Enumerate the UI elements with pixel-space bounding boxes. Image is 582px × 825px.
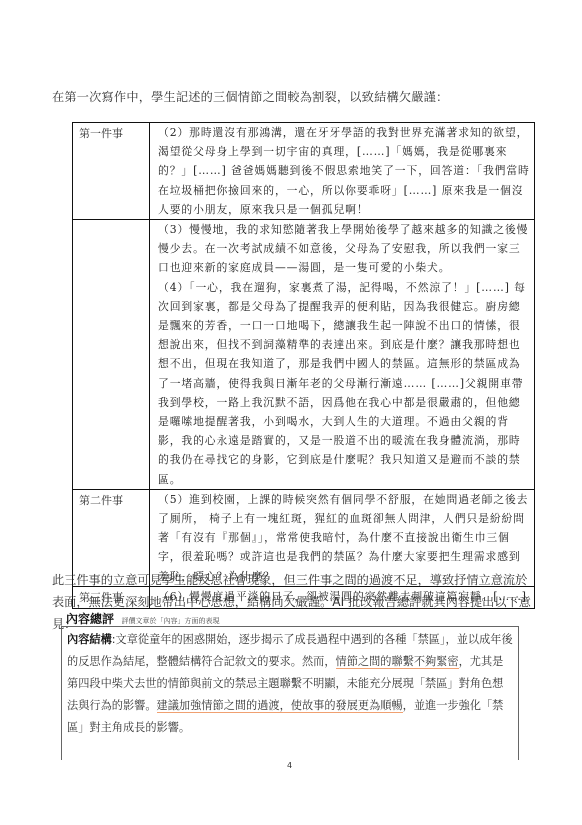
review-title: 內容總評 bbox=[66, 612, 114, 626]
page-number: 4 bbox=[287, 761, 292, 770]
excerpt-paragraph: （3）慢慢地，我的求知慾隨著我上學開始後學了越來越多的知識之後慢慢少去。在一次考… bbox=[158, 220, 530, 278]
highlighted-comment: 情節之間的聯繫不夠緊密 bbox=[336, 655, 459, 669]
events-table: 第一件事 （2）那時還沒有那鴻溝，還在牙牙學語的我對世界充滿著求知的欲望，渴望從… bbox=[72, 122, 535, 609]
event-excerpt: （3）慢慢地，我的求知慾隨著我上學開始後學了越來越多的知識之後慢慢少去。在一次考… bbox=[150, 220, 535, 490]
event-label: 第一件事 bbox=[73, 123, 150, 220]
highlighted-suggestion: 建議加強情節之間的過渡，使故事的發展更為順暢 bbox=[157, 699, 403, 713]
review-box: 內容結構:文章從童年的困惑開始，逐步揭示了成長過程中遇到的各種「禁區」，並以成年… bbox=[61, 626, 519, 760]
table-row: （3）慢慢地，我的求知慾隨著我上學開始後學了越來越多的知識之後慢慢少去。在一次考… bbox=[73, 220, 535, 490]
event-label bbox=[73, 220, 150, 490]
table-row: 第一件事 （2）那時還沒有那鴻溝，還在牙牙學語的我對世界充滿著求知的欲望，渴望從… bbox=[73, 123, 535, 220]
excerpt-paragraph: （4）「一心，我在遛狗，家裏煮了湯，記得喝，不然涼了！」[……] 每次回到家裏，… bbox=[158, 278, 530, 489]
review-subtitle: 評價文章於「內容」方面的表現 bbox=[122, 617, 220, 625]
event-excerpt: （2）那時還沒有那鴻溝，還在牙牙學語的我對世界充滿著求知的欲望，渴望從父母身上學… bbox=[150, 123, 535, 220]
intro-text: 在第一次寫作中，學生記述的三個情節之間較為割裂，以致結構欠嚴謹： bbox=[52, 88, 532, 105]
review-header: 內容總評 評價文章於「內容」方面的表現 bbox=[66, 610, 220, 627]
review-key: 內容結構 bbox=[67, 633, 112, 646]
